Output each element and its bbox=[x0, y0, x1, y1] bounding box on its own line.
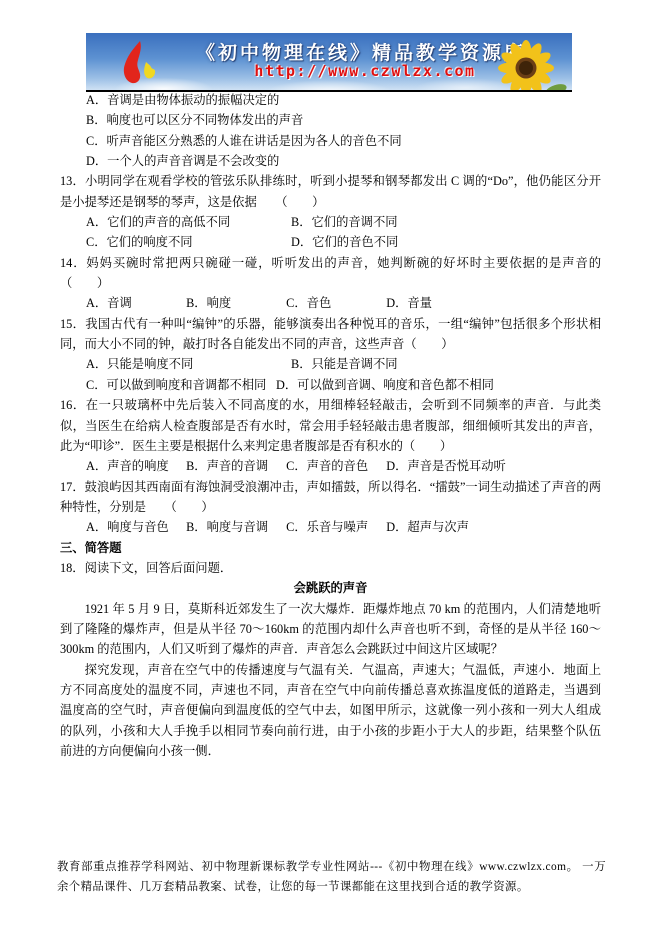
q17-option-c: C．乐音与噪声 bbox=[286, 517, 383, 537]
passage-paragraph-1: 1921 年 5 月 9 日，莫斯科近郊发生了一次大爆炸．距爆炸地点 70 km… bbox=[60, 599, 601, 660]
q14-option-c: C．音色 bbox=[286, 293, 383, 313]
q13-option-b: B．它们的音调不同 bbox=[291, 212, 398, 232]
document-page: 《初中物理在线》精品教学资源库 http://www.czwlzx.com bbox=[0, 0, 661, 936]
q17-option-a: A．响度与音色 bbox=[86, 517, 183, 537]
q17-option-b: B．响度与音调 bbox=[186, 517, 283, 537]
q13-stem: 13．小明同学在观看学校的管弦乐队排练时，听到小提琴和钢琴都发出 C 调的“Do… bbox=[60, 171, 601, 212]
q16-option-c: C．声音的音色 bbox=[286, 456, 383, 476]
q12-option-a: A．音调是由物体振动的振幅决定的 bbox=[60, 90, 601, 110]
q13-option-c: C．它们的响度不同 bbox=[86, 232, 291, 252]
q15-option-d: D．可以做到音调、响度和音色都不相同 bbox=[276, 375, 494, 395]
q15-options-row-1: A．只能是响度不同 B．只能是音调不同 bbox=[60, 354, 601, 374]
sunflower-photo-icon bbox=[494, 36, 568, 92]
q14-options-row: A．音调 B．响度 C．音色 D．音量 bbox=[60, 293, 601, 313]
q15-option-b: B．只能是音调不同 bbox=[291, 354, 398, 374]
q12-option-b: B．响度也可以区分不同物体发出的声音 bbox=[60, 110, 601, 130]
q17-stem: 17．鼓浪屿因其西南面有海蚀洞受浪潮冲击，声如擂鼓，所以得名．“擂鼓”一词生动描… bbox=[60, 477, 601, 518]
q12-option-d: D．一个人的声音音调是不会改变的 bbox=[60, 151, 601, 171]
q14-option-a: A．音调 bbox=[86, 293, 183, 313]
document-body: A．音调是由物体振动的振幅决定的 B．响度也可以区分不同物体发出的声音 C．听声… bbox=[60, 90, 601, 761]
section-3-heading: 三、简答题 bbox=[60, 538, 601, 558]
q15-stem: 15．我国古代有一种叫“编钟”的乐器，能够演奏出各种悦耳的音乐，一组“编钟”包括… bbox=[60, 314, 601, 355]
q16-option-b: B．声音的音调 bbox=[186, 456, 283, 476]
q14-option-d: D．音量 bbox=[386, 293, 432, 313]
q18-intro: 18．阅读下文，回答后面问题． bbox=[60, 558, 601, 578]
q14-stem: 14．妈妈买碗时常把两只碗碰一碰，听听发出的声音，她判断碗的好坏时主要依据的是声… bbox=[60, 253, 601, 294]
q13-option-d: D．它们的音色不同 bbox=[291, 232, 398, 252]
passage-title: 会跳跃的声音 bbox=[60, 578, 601, 598]
q13-options-row-2: C．它们的响度不同 D．它们的音色不同 bbox=[60, 232, 601, 252]
q15-option-c: C．可以做到响度和音调都不相同 bbox=[86, 375, 276, 395]
physics-online-logo-icon bbox=[114, 40, 164, 86]
q13-options-row-1: A．它们的声音的高低不同 B．它们的音调不同 bbox=[60, 212, 601, 232]
q17-option-d: D．超声与次声 bbox=[386, 517, 469, 537]
footer-promo-text: 教育部重点推荐学科网站、初中物理新课标教学专业性网站---《初中物理在线》www… bbox=[57, 857, 606, 897]
q16-stem: 16．在一只玻璃杯中先后装入不同高度的水，用细棒轻轻敲击，会听到不同频率的声音．… bbox=[60, 395, 601, 456]
q15-option-a: A．只能是响度不同 bbox=[86, 354, 291, 374]
q17-options-row: A．响度与音色 B．响度与音调 C．乐音与噪声 D．超声与次声 bbox=[60, 517, 601, 537]
q16-options-row: A．声音的响度 B．声音的音调 C．声音的音色 D．声音是否悦耳动听 bbox=[60, 456, 601, 476]
passage-paragraph-2: 探究发现，声音在空气中的传播速度与气温有关．气温高，声速大；气温低，声速小．地面… bbox=[60, 660, 601, 762]
site-banner: 《初中物理在线》精品教学资源库 http://www.czwlzx.com bbox=[86, 33, 572, 92]
q15-options-row-2: C．可以做到响度和音调都不相同 D．可以做到音调、响度和音色都不相同 bbox=[60, 375, 601, 395]
q12-option-c: C．听声音能区分熟悉的人谁在讲话是因为各人的音色不同 bbox=[60, 131, 601, 151]
q13-option-a: A．它们的声音的高低不同 bbox=[86, 212, 291, 232]
q14-option-b: B．响度 bbox=[186, 293, 283, 313]
q16-option-a: A．声音的响度 bbox=[86, 456, 183, 476]
q16-option-d: D．声音是否悦耳动听 bbox=[386, 456, 506, 476]
